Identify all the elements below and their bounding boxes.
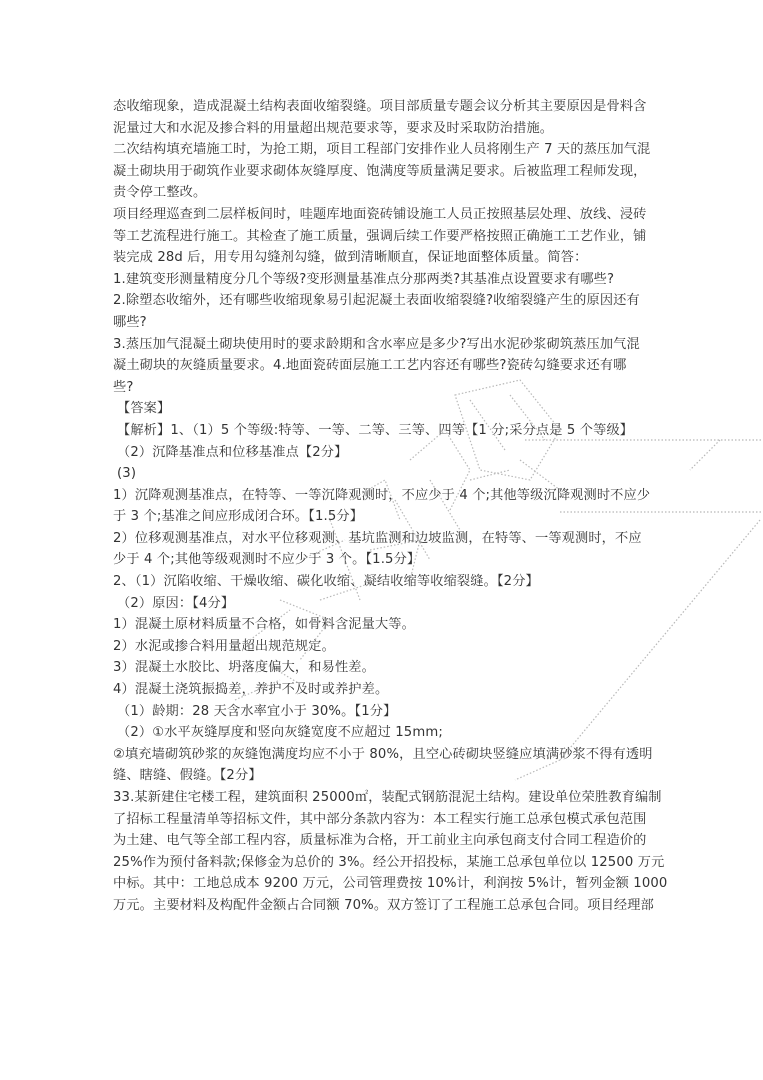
analysis-line: （2）原因：【4分】	[113, 593, 658, 615]
text-line: 态收缩现象，造成混凝土结构表面收缩裂缝。项目部质量专题会议分析其主要原因是骨料含	[113, 96, 658, 118]
text-line: 了招标工程量清单等招标文件，其中部分条款内容为：本工程实行施工总承包模式承包范围	[113, 809, 658, 831]
analysis-line: 2、（1）沉陷收缩、干燥收缩、碳化收缩、凝结收缩等收缩裂缝。【2分】	[113, 571, 658, 593]
question-33: 33.某新建住宅楼工程，建筑面积 25000㎡，装配式钢筋混泥土结构。建设单位荣…	[113, 787, 658, 809]
analysis-line: 2）位移观测基准点，对水平位移观测、基坑监测和边坡监测，在特等、一等观测时，不应	[113, 528, 658, 550]
document-body: 态收缩现象，造成混凝土结构表面收缩裂缝。项目部质量专题会议分析其主要原因是骨料含…	[113, 96, 658, 917]
text-line: 责令停工整改。	[113, 182, 658, 204]
text-line: 万元。主要材料及构配件金额占合同额 70%。双方签订了工程施工总承包合同。项目经…	[113, 895, 658, 917]
text-line: 项目经理巡查到二层样板间时，哇题库地面瓷砖铺设施工人员正按照基层处理、放线、浸砖	[113, 204, 658, 226]
analysis-line: 1）沉降观测基准点，在特等、一等沉降观测时，不应少于 4 个;其他等级沉降观测时…	[113, 485, 658, 507]
analysis-line: 【解析】1、（1）5 个等级:特等、一等、二等、三等、四等【1 分;采分点是 5…	[113, 420, 658, 442]
text-line: 泥量过大和水泥及掺合料的用量超出规范要求等，要求及时采取防治措施。	[113, 118, 658, 140]
analysis-line: 缝、瞎缝、假缝。【2分】	[113, 765, 658, 787]
analysis-line: 于 3 个;基准之间应形成闭合环。【1.5分】	[113, 506, 658, 528]
text-line: 为土建、电气等全部工程内容，质量标准为合格，开工前业主向承包商支付合同工程造价的	[113, 830, 658, 852]
text-line: 等工艺流程进行施工。其检查了施工质量，强调后续工作要严格按照正确施工工艺作业，铺	[113, 226, 658, 248]
text-line: 25%作为预付备料款;保修金为总价的 3%。经公开招投标，某施工总承包单位以 1…	[113, 852, 658, 874]
text-line: 凝土砌块的灰缝质量要求。4.地面瓷砖面层施工工艺内容还有哪些?瓷砖勾缝要求还有哪	[113, 355, 658, 377]
text-line: 装完成 28d 后，用专用勾缝剂勾缝，做到清晰顺直，保证地面整体质量。简答：	[113, 247, 658, 269]
question-3: 3.蒸压加气混凝土砌块使用时的要求龄期和含水率应是多少?写出水泥砂浆砌筑蒸压加气…	[113, 334, 658, 356]
question-1: 1.建筑变形测量精度分几个等级?变形测量基准点分那两类?其基准点设置要求有哪些?	[113, 269, 658, 291]
analysis-line: 2）水泥或掺合料用量超出规范规定。	[113, 636, 658, 658]
text-line: 些?	[113, 377, 658, 399]
text-line: 中标。其中：工地总成本 9200 万元，公司管理费按 10%计，利润按 5%计，…	[113, 873, 658, 895]
analysis-line: 4）混凝土浇筑振捣差，养护不及时或养护差。	[113, 679, 658, 701]
text-line: 二次结构填充墙施工时，为抢工期，项目工程部门安排作业人员将刚生产 7 天的蒸压加…	[113, 139, 658, 161]
analysis-line: ②填充墙砌筑砂浆的灰缝饱满度均应不小于 80%，且空心砖砌块竖缝应填满砂浆不得有…	[113, 744, 658, 766]
analysis-line: （1）龄期：28 天含水率宜小于 30%。【1分】	[113, 701, 658, 723]
analysis-line: 1）混凝土原材料质量不合格，如骨料含泥量大等。	[113, 614, 658, 636]
analysis-line: (3)	[113, 463, 658, 485]
question-2: 2.除塑态收缩外，还有哪些收缩现象易引起泥凝土表面收缩裂缝?收缩裂缝产生的原因还…	[113, 290, 658, 312]
analysis-line: （2）沉降基准点和位移基准点【2分】	[113, 442, 658, 464]
analysis-line: 少于 4 个;其他等级观测时不应少于 3 个。【1.5分】	[113, 549, 658, 571]
text-line: 哪些?	[113, 312, 658, 334]
answer-heading: 【答案】	[113, 398, 658, 420]
analysis-line: 3）混凝土水胶比、坍落度偏大，和易性差。	[113, 657, 658, 679]
analysis-line: （2）①水平灰缝厚度和竖向灰缝宽度不应超过 15mm;	[113, 722, 658, 744]
document-page: 态收缩现象，造成混凝土结构表面收缩裂缝。项目部质量专题会议分析其主要原因是骨料含…	[0, 0, 763, 1080]
text-line: 凝土砌块用于砌筑作业要求砌体灰缝厚度、饱满度等质量满足要求。后被监理工程师发现，	[113, 161, 658, 183]
